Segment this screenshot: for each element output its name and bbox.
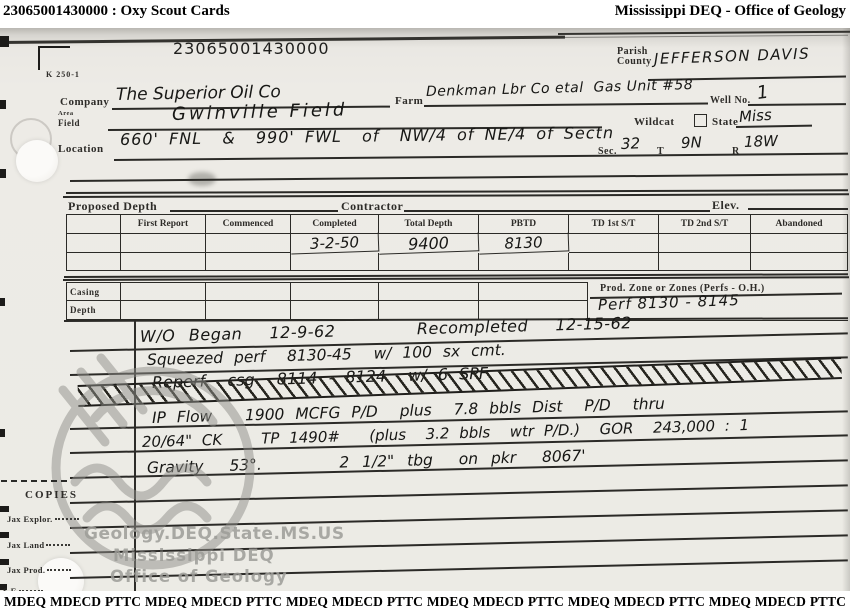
footer-item: PTTC (528, 594, 564, 610)
prod-zone-value: Perf 8130 - 8145 (598, 291, 740, 314)
contractor-label: Contractor (341, 199, 403, 214)
edge-mark (0, 100, 6, 109)
elev-underline (748, 208, 848, 210)
table-header-cell: TD 2nd S/T (659, 215, 751, 234)
wellno-label: Well No. (710, 95, 751, 106)
footer-item: MDEQ (709, 594, 751, 610)
table-cell (569, 234, 659, 253)
table-cell (121, 234, 206, 253)
copies-item: Jax Explor. (7, 514, 79, 524)
casing-cell (291, 283, 379, 301)
table-cell (291, 253, 379, 270)
casing-cell (121, 283, 206, 301)
table-cell (751, 234, 847, 253)
table-cell (121, 253, 206, 270)
state-label: State (712, 116, 738, 128)
casing-cell (206, 283, 291, 301)
edge-mark (0, 298, 5, 306)
footer-item: MDEQ (427, 594, 469, 610)
table-cell (751, 253, 847, 270)
proposed-depth-underline (170, 210, 338, 212)
elev-label: Elev. (712, 198, 740, 213)
footer-bar: MDEQ MDECD PTTC MDEQ MDECD PTTC MDEQ MDE… (0, 591, 850, 612)
casing-cell (379, 301, 479, 319)
casing-cell (379, 283, 479, 301)
history-table: First Report Commenced Completed Total D… (66, 214, 848, 271)
casing-cell (121, 301, 206, 319)
farm-label: Farm (395, 95, 423, 107)
company-label: Company (60, 96, 109, 108)
contractor-underline (404, 210, 710, 212)
watermark-text-3: Office of Geology (110, 567, 288, 586)
table-cell (67, 234, 121, 253)
copies-title: COPIES (25, 489, 78, 501)
corner-mark (38, 46, 70, 70)
casing-cell (479, 283, 587, 301)
footer-item: PTTC (105, 594, 141, 610)
range-label: R (732, 146, 740, 157)
wildcat-checkbox (694, 114, 707, 127)
depth-label: Depth (67, 301, 121, 319)
footer-item: MDEQ (145, 594, 187, 610)
footer-item: MDECD (614, 594, 665, 610)
table-cell (569, 253, 659, 270)
footer-item: MDEQ (4, 594, 46, 610)
hole-punch (16, 140, 58, 182)
edge-mark (0, 429, 5, 437)
table-header-cell: Total Depth (379, 215, 479, 234)
footer-item: MDEQ (286, 594, 328, 610)
proposed-depth-label: Proposed Depth (68, 199, 157, 214)
table-cell (206, 234, 291, 253)
casing-cell (206, 301, 291, 319)
table-stub-cell (67, 215, 121, 234)
table-header-cell: Completed (291, 215, 379, 234)
scout-card-page: 23065001430000 : Oxy Scout Cards Mississ… (0, 0, 850, 612)
table-header-cell: Commenced (206, 215, 291, 234)
copies-divider (1, 480, 67, 482)
casing-cell (291, 301, 379, 319)
edge-mark (0, 36, 9, 47)
watermark-text-1: Geology.DEQ.State.MS.US (84, 524, 345, 544)
cell-completed-value: 3-2-50 (291, 232, 380, 254)
footer-item: PTTC (669, 594, 705, 610)
county-label: County (617, 56, 652, 67)
footer-item: MDECD (332, 594, 383, 610)
copies-item: Jax Land (7, 540, 70, 550)
footer-item: MDECD (473, 594, 524, 610)
casing-table: Casing Depth (66, 282, 588, 320)
wildcat-label: Wildcat (634, 116, 675, 128)
footer-item: PTTC (810, 594, 846, 610)
footer-item: MDEQ (568, 594, 610, 610)
watermark-text-2: Mississippi DEQ (113, 546, 275, 565)
table-cell (659, 253, 751, 270)
location-label: Location (58, 143, 104, 155)
table-cell (67, 253, 121, 270)
table-header-cell: PBTD (479, 215, 569, 234)
footer-item: MDECD (755, 594, 806, 610)
footer-item: PTTC (387, 594, 423, 610)
parish-county-label: Parish County (617, 47, 652, 67)
copies-item: Jax Prod. (7, 565, 71, 575)
table-header-cell: Abandoned (751, 215, 847, 234)
header-left-title: 23065001430000 : Oxy Scout Cards (3, 3, 230, 20)
casing-label: Casing (67, 283, 121, 301)
table-cell (379, 253, 479, 270)
header-right-title: Mississippi DEQ - Office of Geology (615, 3, 846, 20)
edge-mark (0, 169, 6, 178)
table-cell (479, 253, 569, 270)
cell-total-depth-value: 9400 (379, 232, 480, 254)
sec-value: 32 (621, 134, 641, 153)
footer-item: MDECD (191, 594, 242, 610)
range-value: 18W (744, 132, 779, 151)
cell-pbtd-value: 8130 (479, 232, 570, 254)
area-label: Area (58, 110, 74, 117)
form-code: K 250-1 (46, 70, 80, 79)
township-value: 9N (681, 133, 702, 152)
state-value: Miss (738, 106, 772, 126)
footer-item: PTTC (246, 594, 282, 610)
top-header-bar: 23065001430000 : Oxy Scout Cards Mississ… (0, 0, 850, 28)
footer-item: MDECD (50, 594, 101, 610)
field-label: Field (58, 118, 80, 128)
table-header-cell: TD 1st S/T (569, 215, 659, 234)
table-cell (206, 253, 291, 270)
table-cell (659, 234, 751, 253)
edge-mark (0, 532, 9, 538)
edge-mark (0, 506, 9, 512)
api-number: 23065001430000 (173, 39, 330, 58)
table-header-cell: First Report (121, 215, 206, 234)
